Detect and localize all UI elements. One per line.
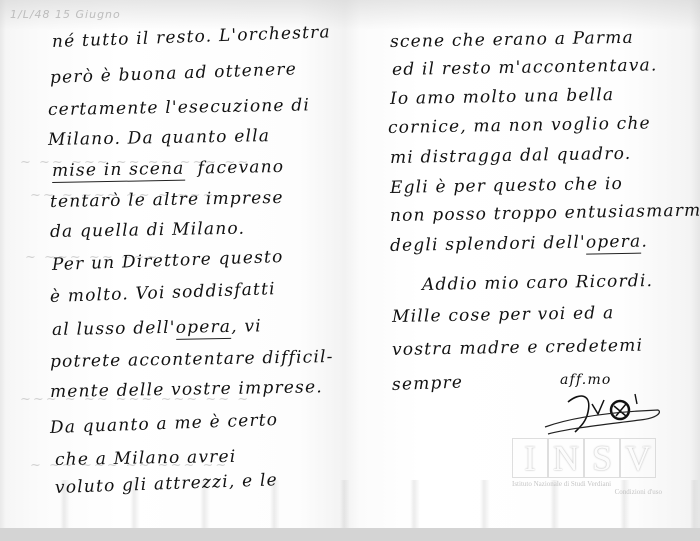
handwritten-line: voluto gli attrezzi, e le <box>55 470 279 498</box>
watermark-letters: I N S V <box>512 438 662 478</box>
handwritten-line: Addio mio caro Ricordi. <box>422 271 654 295</box>
line-remainder: . <box>641 231 648 251</box>
handwritten-line: non posso troppo entusiasmarmi <box>390 200 700 226</box>
handwritten-line: mi distragga dal quadro. <box>390 144 632 168</box>
handwritten-line: Milano. Da quanto ella <box>48 126 270 150</box>
handwritten-line: Mille cose per voi ed a <box>392 303 615 327</box>
watermark-letter: I <box>512 438 548 478</box>
watermark-letter: V <box>620 438 656 478</box>
handwritten-line: né tutto il resto. L'orchestra <box>52 22 331 52</box>
handwritten-line: da quella di Milano. <box>50 219 245 242</box>
left-page: 1/L/48 15 Giugno ~ ~~ ~~~ ~~ ~~ ~~~ ~~ ~… <box>0 0 350 528</box>
handwritten-line: vostra madre e credetemi <box>392 336 643 360</box>
scan-background-edge <box>0 528 700 541</box>
watermark-letter: N <box>548 438 584 478</box>
handwritten-line: tentarò le altre imprese <box>50 188 284 212</box>
signature-flourish-icon <box>540 372 670 442</box>
handwritten-line-underlined: degli splendori dell'opera. <box>390 231 648 255</box>
handwritten-line: Io amo molto una bella <box>390 85 615 109</box>
archive-note: 1/L/48 15 Giugno <box>10 8 121 21</box>
handwritten-line: Egli è per questo che io <box>390 174 623 198</box>
line-remainder: facevano <box>191 157 284 179</box>
handwritten-line: ed il resto m'accontentava. <box>392 55 658 80</box>
handwritten-line: però è buona ad ottenere <box>50 59 298 88</box>
line-start: al lusso dell' <box>52 318 176 340</box>
handwritten-line: certamente l'esecuzione di <box>48 95 310 120</box>
underlined-word: opera <box>176 317 232 340</box>
watermark-letter: S <box>584 438 620 478</box>
letter-sheet: 1/L/48 15 Giugno ~ ~~ ~~~ ~~ ~~ ~~~ ~~ ~… <box>0 0 700 528</box>
handwritten-line: mente delle vostre imprese. <box>50 377 323 402</box>
handwritten-line: che a Milano avrei <box>55 447 237 470</box>
line-start: degli splendori dell' <box>390 233 586 256</box>
insv-watermark: I N S V Istituto Nazionale di Studi Verd… <box>512 438 662 498</box>
watermark-institution: Istituto Nazionale di Studi Verdiani <box>512 480 662 488</box>
handwritten-line: sempre <box>392 373 464 395</box>
watermark-terms: Condizioni d'uso <box>512 488 662 496</box>
handwritten-line: cornice, ma non voglio che <box>388 113 651 138</box>
handwritten-line: scene che erano a Parma <box>390 28 634 52</box>
signature-block: aff.mo <box>540 372 670 442</box>
line-remainder: , vi <box>231 316 262 337</box>
underlined-word: opera <box>586 232 642 255</box>
handwritten-line: potrete accontentare difficil- <box>50 347 334 372</box>
handwritten-line-underlined: mise in scena facevano <box>52 157 285 181</box>
underlined-phrase: mise in scena <box>52 159 185 183</box>
handwritten-line-underlined: al lusso dell'opera, vi <box>52 316 262 340</box>
handwritten-line: Da quanto a me è certo <box>50 410 279 438</box>
handwritten-line: è molto. Voi soddisfatti <box>50 279 276 307</box>
